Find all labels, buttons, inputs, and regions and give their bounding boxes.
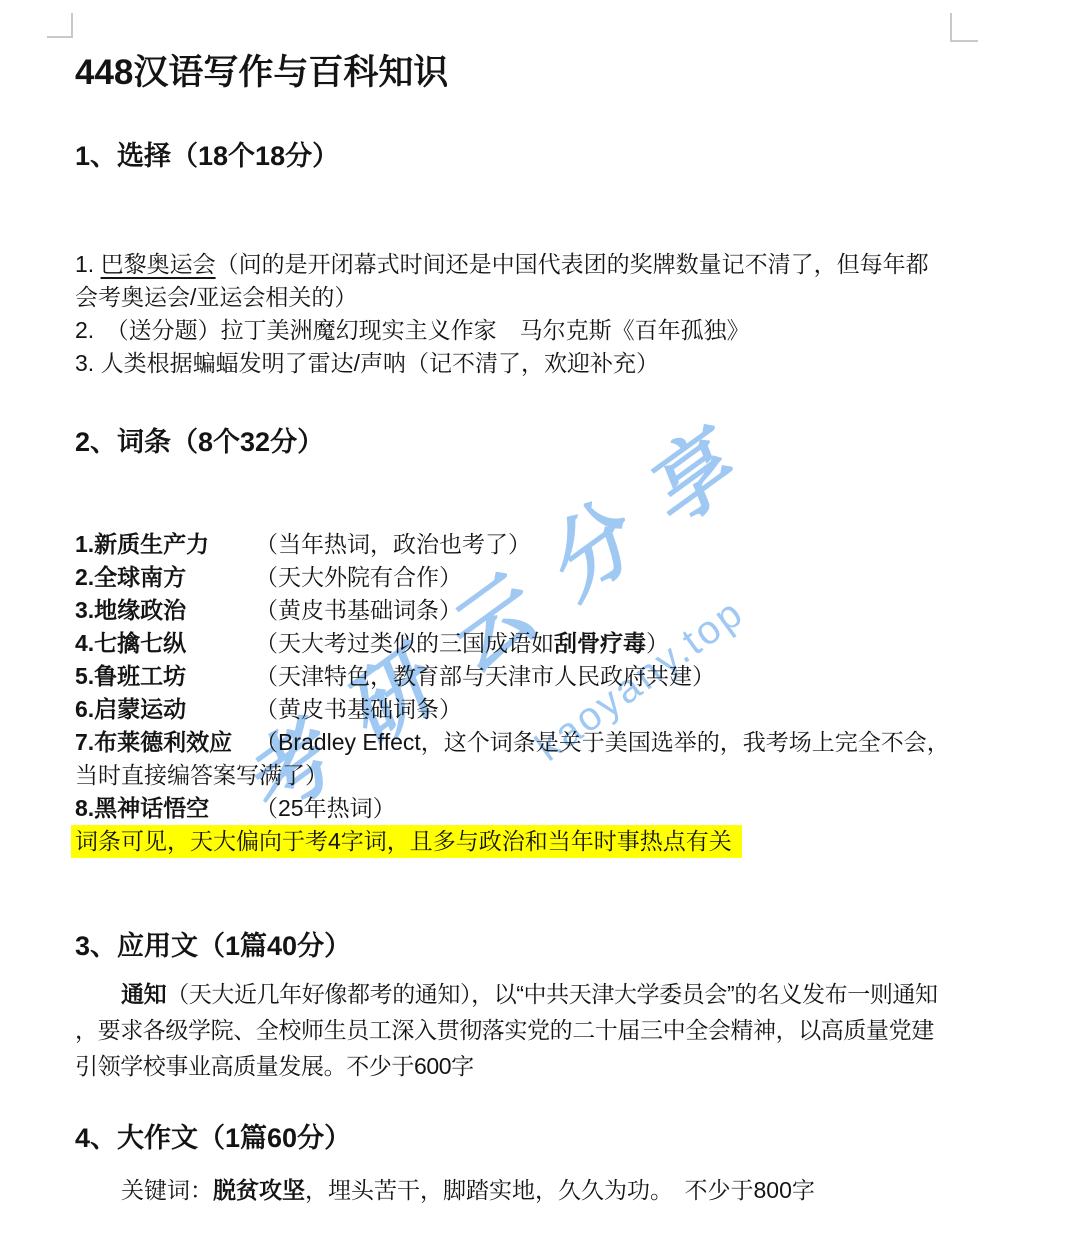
section-choice-heading: 1、选择（18个18分） [75,140,950,172]
choice-item-1: 1. 巴黎奥运会（问的是开闭幕式时间还是中国代表团的奖牌数量记不清了，但每年都会… [75,248,950,314]
choice-item-1-underlined-term: 巴黎奥运会 [101,251,216,277]
term-description-tail: ） [646,630,669,656]
term-description: （黄皮书基础词条） [255,696,462,722]
section-practical-heading: 3、应用文（1篇40分） [75,930,950,962]
essay-keywords-rest: ，埋头苦干，脚踏实地，久久为功。 不少于800字 [305,1177,815,1203]
term-entry-row: 2.全球南方（天大外院有合作） [75,561,950,594]
document-content: 448汉语写作与百科知识 1、选择（18个18分） 1. 巴黎奥运会（问的是开闭… [75,0,950,1208]
term-name: 8.黑神话悟空 [75,792,255,825]
document-title: 448汉语写作与百科知识 [75,52,950,94]
term-name: 1.新质生产力 [75,528,255,561]
margin-corner-mark-top-right [950,13,978,42]
section-choice-list: 1. 巴黎奥运会（问的是开闭幕式时间还是中国代表团的奖牌数量记不清了，但每年都会… [75,248,950,380]
practical-text: （天大近几年好像都考的通知），以“中共天津大学委员会”的名义发布一则通知，要求各… [75,981,938,1079]
choice-item-1-number: 1. [75,251,101,277]
section-essay-heading: 4、大作文（1篇60分） [75,1122,950,1154]
term-name: 2.全球南方 [75,561,255,594]
essay-keyword-bold: 脱贫攻坚 [213,1177,305,1203]
essay-keywords-label: 关键词： [121,1177,213,1203]
term-description: （天大外院有合作） [255,564,462,590]
highlighted-note-row: 词条可见，天大偏向于考4字词，且多与政治和当年时事热点有关 [75,825,950,858]
term-description: （25年热词） [255,795,396,821]
choice-item-3: 3. 人类根据蝙蝠发明了雷达/声呐（记不清了，欢迎补充） [75,347,950,380]
term-entry-row: 7.布莱德利效应（Bradley Effect，这个词条是关于美国选举的，我考场… [75,726,950,792]
term-name: 6.启蒙运动 [75,693,255,726]
term-entry-row: 3.地缘政治（黄皮书基础词条） [75,594,950,627]
practical-writing-paragraph: 通知（天大近几年好像都考的通知），以“中共天津大学委员会”的名义发布一则通知，要… [75,976,950,1084]
section-terms-heading: 2、词条（8个32分） [75,426,950,458]
term-entry-row: 1.新质生产力（当年热词，政治也考了） [75,528,950,561]
document-page: 考研云分享 kaoyany.top 448汉语写作与百科知识 1、选择（18个1… [0,0,1080,1246]
term-description: （黄皮书基础词条） [255,597,462,623]
section-terms-list: 1.新质生产力（当年热词，政治也考了） 2.全球南方（天大外院有合作） 3.地缘… [75,528,950,858]
essay-keywords-line: 关键词：脱贫攻坚，埋头苦干，脚踏实地，久久为功。 不少于800字 [75,1172,950,1208]
term-name: 7.布莱德利效应 [75,726,255,759]
practical-lead-bold: 通知 [121,981,166,1007]
term-entry-row: 4.七擒七纵（天大考过类似的三国成语如刮骨疗毒） [75,627,950,660]
term-description: （当年热词，政治也考了） [255,531,531,557]
term-entry-row: 8.黑神话悟空（25年热词） [75,792,950,825]
term-description: （天大考过类似的三国成语如 [255,630,554,656]
term-name: 5.鲁班工坊 [75,660,255,693]
term-entry-row: 5.鲁班工坊（天津特色，教育部与天津市人民政府共建） [75,660,950,693]
highlighted-note: 词条可见，天大偏向于考4字词，且多与政治和当年时事热点有关 [71,825,742,858]
choice-item-2: 2. （送分题）拉丁美洲魔幻现实主义作家 马尔克斯《百年孤独》 [75,314,950,347]
margin-corner-mark-top-left [47,13,73,38]
term-name: 4.七擒七纵 [75,627,255,660]
term-name: 3.地缘政治 [75,594,255,627]
term-description-bold: 刮骨疗毒 [554,630,646,656]
term-entry-row: 6.启蒙运动（黄皮书基础词条） [75,693,950,726]
term-description: （天津特色，教育部与天津市人民政府共建） [255,663,715,689]
